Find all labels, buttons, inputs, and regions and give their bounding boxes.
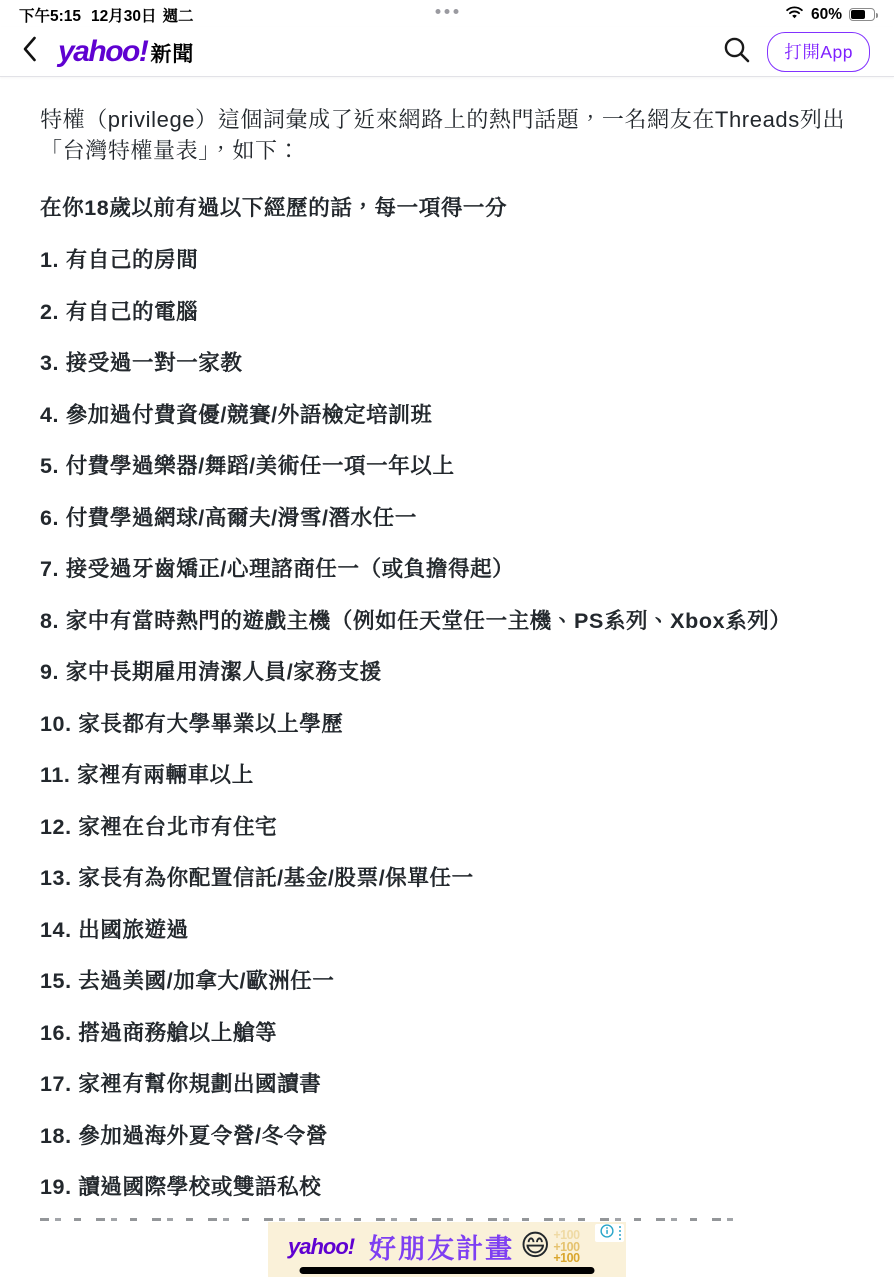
yahoo-news-logo[interactable]: yahoo! 新聞 (58, 35, 194, 69)
article-intro: 特權（privilege）這個詞彙成了近來網路上的熱門話題，一名網友在Threa… (40, 104, 852, 166)
list-item: 4. 參加過付費資優/競賽/外語檢定培訓班 (40, 404, 854, 427)
ad-smiley-emoji: 😄 (520, 1232, 550, 1261)
list-item: 12. 家裡在台北市有住宅 (40, 816, 854, 839)
list-item: 3. 接受過一對一家教 (40, 352, 854, 375)
chevron-left-icon (22, 36, 37, 67)
article-body: 特權（privilege）這個詞彙成了近來網路上的熱門話題，一名網友在Threa… (0, 77, 894, 1225)
list-item: 18. 參加過海外夏令營/冬令營 (40, 1125, 854, 1148)
header: yahoo! 新聞 打開App (0, 27, 894, 77)
ad-controls-chip (595, 1224, 625, 1242)
list-item: 5. 付費學過樂器/舞蹈/美術任一項一年以上 (40, 455, 854, 478)
multitask-dots-icon (436, 9, 459, 14)
status-date: 12月30日 (91, 4, 156, 26)
list-item: 10. 家長都有大學畢業以上學歷 (40, 713, 854, 736)
status-bar: 下午5:15 12月30日 週二 60% (0, 0, 894, 27)
ad-yahoo-logo: yahoo! (288, 1234, 354, 1260)
ad-bonus-label: +100 (553, 1253, 579, 1265)
list-item: 13. 家長有為你配置信託/基金/股票/保單任一 (40, 867, 854, 890)
list-item: 16. 搭過商務艙以上艙等 (40, 1022, 854, 1045)
search-button[interactable] (721, 37, 751, 67)
status-time: 下午5:15 (19, 4, 81, 26)
list-item: 17. 家裡有幫你規劃出國讀書 (40, 1073, 854, 1096)
list-item: 6. 付費學過網球/高爾夫/滑雪/潛水任一 (40, 507, 854, 530)
list-item: 1. 有自己的房間 (40, 249, 854, 272)
status-weekday: 週二 (163, 4, 194, 26)
yahoo-logo-text: yahoo! (58, 35, 147, 69)
ad-bonus-stack: +100 +100 +100 (553, 1230, 579, 1265)
list-item: 19. 讀過國際學校或雙語私校 (40, 1176, 854, 1199)
ad-bonus-label: +100 (553, 1242, 579, 1254)
list-item: 8. 家中有當時熱門的遊戲主機（例如任天堂任一主機、PS系列、Xbox系列） (40, 610, 854, 633)
back-button[interactable] (22, 38, 42, 66)
search-icon (723, 36, 750, 68)
home-indicator[interactable] (300, 1267, 595, 1275)
list-item: 11. 家裡有兩輛車以上 (40, 764, 854, 787)
open-app-button[interactable]: 打開App (767, 32, 870, 72)
battery-percent: 60% (811, 6, 842, 24)
ad-menu-dots-icon[interactable] (619, 1226, 622, 1241)
battery-icon (849, 8, 875, 21)
logo-suffix: 新聞 (150, 38, 194, 68)
list-heading: 在你18歲以前有過以下經歷的話，每一項得一分 (40, 197, 854, 220)
list-item: 14. 出國旅遊過 (40, 919, 854, 942)
ad-title: 好朋友計畫 (369, 1227, 514, 1266)
ad-info-icon[interactable] (600, 1224, 614, 1243)
privilege-list: 1. 有自己的房間 2. 有自己的電腦 3. 接受過一對一家教 4. 參加過付費… (40, 249, 854, 1199)
list-item: 9. 家中長期雇用清潔人員/家務支援 (40, 661, 854, 684)
list-item: 2. 有自己的電腦 (40, 301, 854, 324)
wifi-icon (785, 5, 804, 24)
list-item: 15. 去過美國/加拿大/歐洲任一 (40, 970, 854, 993)
list-item: 7. 接受過牙齒矯正/心理諮商任一（或負擔得起） (40, 558, 854, 581)
